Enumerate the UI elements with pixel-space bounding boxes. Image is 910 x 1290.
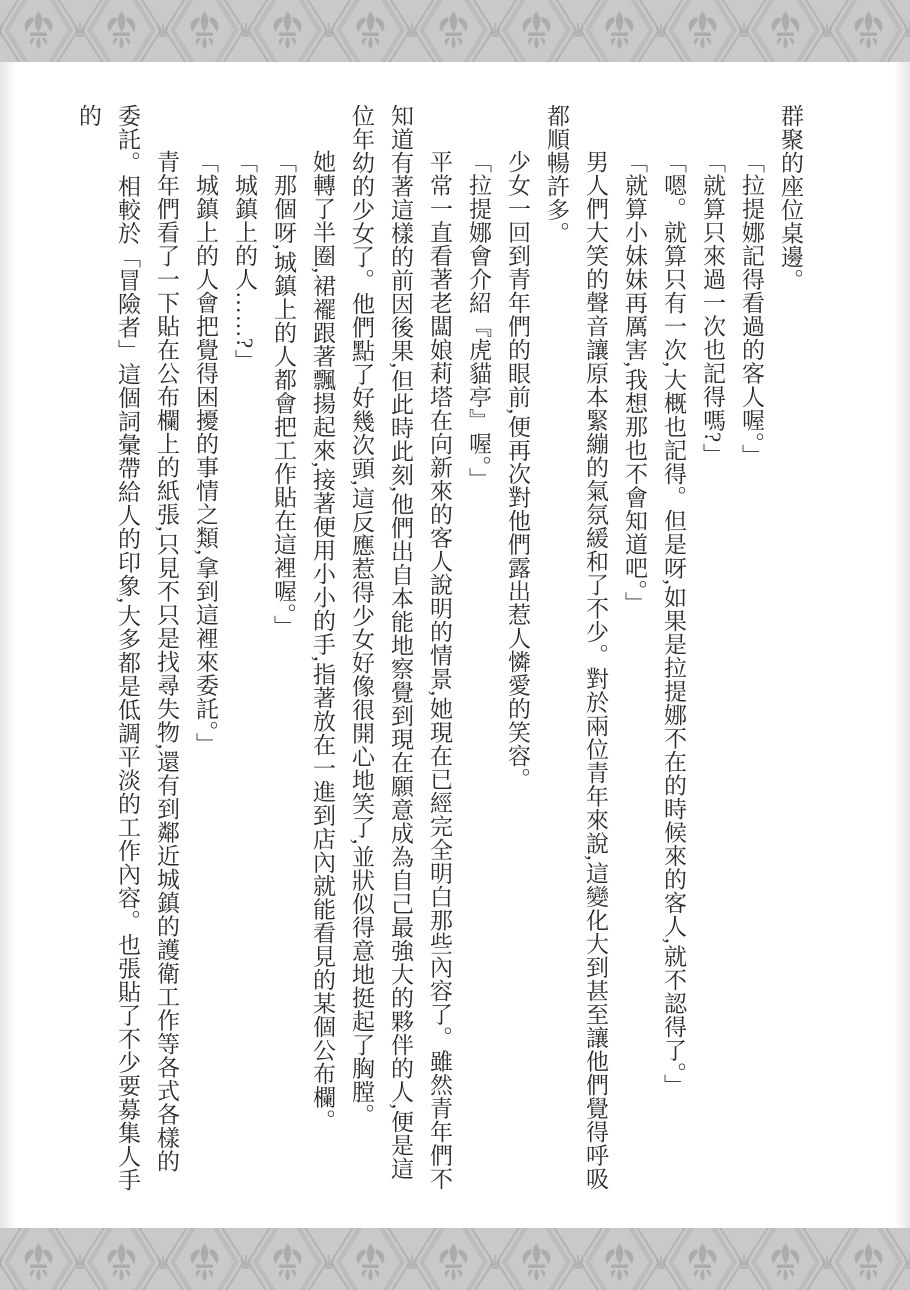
bottom-decorative-border [0, 1228, 910, 1290]
paragraph-dialogue: 「那個呀,城鎮上的人都會把工作貼在這裡喔。」 [264, 104, 303, 1196]
paragraph-dialogue: 「嗯。就算只有一次,大概也記得。但是呀,如果是拉提娜不在的時候來的客人,就不認得… [654, 104, 693, 1196]
paragraph-dialogue: 「就算小妹妹再厲害,我想那也不會知道吧。」 [615, 104, 654, 1196]
paragraph-dialogue: 「城鎮上的人……?」 [225, 104, 264, 1196]
left-page-edge [0, 62, 16, 1228]
paragraph-narration: 平常一直看著老闆娘莉塔在向新來的客人說明的情景,她現在已經完全明白那些內容了。雖… [342, 104, 459, 1196]
page-text: 群聚的座位桌邊。「拉提娜記得看過的客人喔。」「就算只來過一次也記得嗎?」「嗯。就… [94, 104, 810, 1196]
paragraph-narration: 男人們大笑的聲音讓原本緊繃的氣氛緩和了不少。對於兩位青年來說,這變化大到甚至讓他… [537, 104, 615, 1196]
book-page: { "page": { "kind": "novel-text-page" },… [0, 0, 910, 1290]
paragraph-continuation: 群聚的座位桌邊。 [771, 104, 810, 1196]
paragraph-narration: 青年們看了一下貼在公布欄上的紙張,只見不只是找尋失物,還有到鄰近城鎮的護衛工作等… [69, 104, 186, 1196]
paragraph-narration: 少女一回到青年們的眼前,便再次對他們露出惹人憐愛的笑容。 [498, 104, 537, 1196]
diamond-fleur-pattern-icon [0, 0, 910, 62]
right-page-edge [894, 62, 910, 1228]
diamond-fleur-pattern-icon [0, 1228, 910, 1290]
paragraph-narration: 她轉了半圈,裙襬跟著飄揚起來,接著便用小小的手,指著放在一進到店內就能看見的某個… [303, 104, 342, 1196]
paragraph-dialogue: 「城鎮上的人會把覺得困擾的事情之類,拿到這裡來委託。」 [186, 104, 225, 1196]
paragraph-dialogue: 「就算只來過一次也記得嗎?」 [693, 104, 732, 1196]
paragraph-dialogue: 「拉提娜會介紹『虎貓亭』喔。」 [459, 104, 498, 1196]
paragraph-dialogue: 「拉提娜記得看過的客人喔。」 [732, 104, 771, 1196]
top-decorative-border [0, 0, 910, 62]
